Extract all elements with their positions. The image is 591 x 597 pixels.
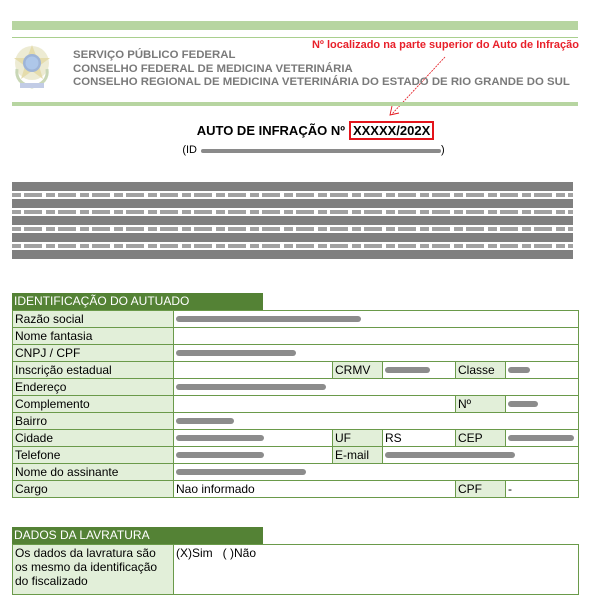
header-top-bar [12,21,578,30]
document-title: AUTO DE INFRAÇÃO Nº XXXXX/202X (ID ) [0,121,591,158]
section-lavratura-header: DADOS DA LAVRATURA [12,527,263,544]
value-uf: RS [383,430,456,447]
row-razao-social: Razão social [13,311,579,328]
org-line-2: CONSELHO FEDERAL DE MEDICINA VETERINÁRIA [73,63,570,77]
label-nome-assinante: Nome do assinante [13,464,174,481]
infraction-number: XXXXX/202X [349,121,434,140]
value-cargo: Nao informado [174,481,456,498]
label-cargo: Cargo [13,481,174,498]
redacted-paragraph [12,182,573,259]
row-nome-fantasia: Nome fantasia [13,328,579,345]
label-cidade: Cidade [13,430,174,447]
section-identificacao-header: IDENTIFICAÇÃO DO AUTUADO [12,293,263,310]
value-cpf: - [506,481,579,498]
value-endereco [174,379,579,396]
row-telefone: Telefone E-mail [13,447,579,464]
value-cnpj-cpf [174,345,579,362]
organization-header: SERVIÇO PÚBLICO FEDERAL CONSELHO FEDERAL… [73,49,570,90]
value-lavratura-answer: (X)Sim ( )Não [174,545,579,595]
row-cidade: Cidade UF RS CEP [13,430,579,447]
row-lavratura-question: Os dados da lavratura são os mesmo da id… [13,545,579,595]
value-complemento [174,396,456,413]
label-cnpj-cpf: CNPJ / CPF [13,345,174,362]
header-divider [12,37,578,38]
row-endereco: Endereço [13,379,579,396]
value-cep [506,430,579,447]
label-numero: Nº [456,396,506,413]
title-label: AUTO DE INFRAÇÃO Nº [197,123,345,138]
value-inscricao-estadual [174,362,333,379]
value-numero [506,396,579,413]
value-cidade [174,430,333,447]
row-nome-assinante: Nome do assinante [13,464,579,481]
label-inscricao-estadual: Inscrição estadual [13,362,174,379]
row-complemento: Complemento Nº [13,396,579,413]
row-bairro: Bairro [13,413,579,430]
value-crmv [383,362,456,379]
label-cpf: CPF [456,481,506,498]
lavratura-table: Os dados da lavratura são os mesmo da id… [12,544,579,595]
label-bairro: Bairro [13,413,174,430]
label-complemento: Complemento [13,396,174,413]
org-line-1: SERVIÇO PÚBLICO FEDERAL [73,49,570,63]
value-telefone [174,447,333,464]
identificacao-table: Razão social Nome fantasia CNPJ / CPF In… [12,310,579,498]
document-id: (ID ) [182,144,444,156]
label-razao-social: Razão social [13,311,174,328]
value-nome-fantasia [174,328,579,345]
label-email: E-mail [333,447,383,464]
row-inscricao-estadual: Inscrição estadual CRMV Classe [13,362,579,379]
org-line-3: CONSELHO REGIONAL DE MEDICINA VETERINÁRI… [73,76,570,90]
value-email [383,447,579,464]
value-bairro [174,413,579,430]
label-telefone: Telefone [13,447,174,464]
header-bottom-bar [12,102,578,106]
label-lavratura-question: Os dados da lavratura são os mesmo da id… [13,545,174,595]
value-razao-social [174,311,579,328]
label-nome-fantasia: Nome fantasia [13,328,174,345]
label-classe: Classe [456,362,506,379]
value-nome-assinante [174,464,579,481]
label-crmv: CRMV [333,362,383,379]
row-cargo: Cargo Nao informado CPF - [13,481,579,498]
label-endereco: Endereço [13,379,174,396]
redacted-id [201,149,441,153]
brazil-coat-of-arms-icon [12,43,52,91]
value-classe [506,362,579,379]
label-uf: UF [333,430,383,447]
row-cnpj-cpf: CNPJ / CPF [13,345,579,362]
label-cep: CEP [456,430,506,447]
